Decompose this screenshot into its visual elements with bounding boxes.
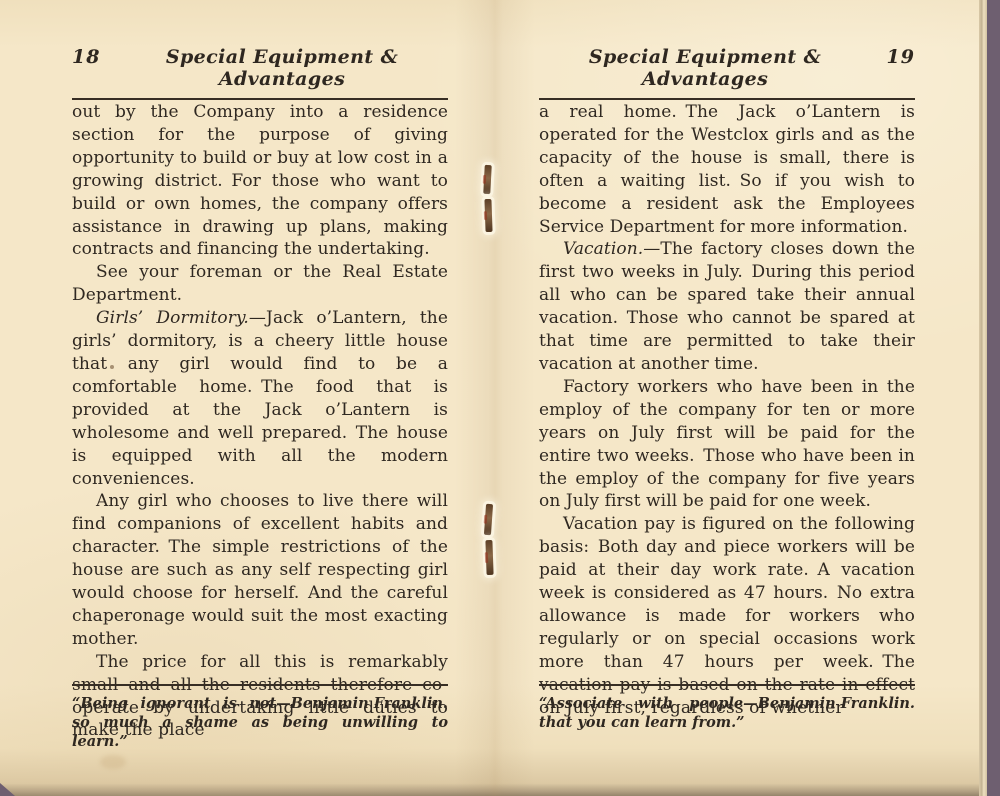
running-header-right: Special Equipment & Advantages 19 xyxy=(539,46,915,100)
staple-upper-bottom xyxy=(484,199,492,232)
mat-corner-sliver xyxy=(0,783,15,796)
paragraph-text: The factory closes down the first two we… xyxy=(539,239,915,374)
running-header-left: 18 Special Equipment & Advantages xyxy=(72,46,448,100)
paragraph-text: Factory workers who have been in the emp… xyxy=(539,377,915,512)
paragraph: a real home. The Jack o’Lantern is opera… xyxy=(539,101,915,238)
quote-text: “Associate with people that you can lear… xyxy=(539,695,745,731)
paragraph-lead: Girls’ Dormitory.— xyxy=(96,308,266,328)
paragraph-text: Any girl who chooses to live there will … xyxy=(72,491,448,648)
header-title: Special Equipment & Advantages xyxy=(116,46,448,90)
page-number: 18 xyxy=(72,46,116,68)
staple-lower-bottom xyxy=(485,540,493,575)
page-body: out by the Company into a residence sect… xyxy=(72,101,448,742)
quote-attribution: —Benjamin Franklin. xyxy=(276,694,448,713)
header-title: Special Equipment & Advantages xyxy=(539,46,871,90)
footer-quote-block: —Benjamin Franklin. “Being ignorant is n… xyxy=(72,684,448,751)
paragraph-text: out by the Company into a residence sect… xyxy=(72,102,448,259)
paragraph-text: Jack o’Lantern, the girls’ dormitory, is… xyxy=(72,308,448,488)
page-19: Special Equipment & Advantages 19 a real… xyxy=(539,0,915,796)
page-body: a real home. The Jack o’Lantern is opera… xyxy=(539,101,915,719)
quote-attribution: —Benjamin Franklin. xyxy=(743,694,915,713)
paragraph-lead: Vacation.— xyxy=(563,239,660,259)
paragraph: out by the Company into a residence sect… xyxy=(72,101,448,261)
book-page-spread: 18 Special Equipment & Advantages out by… xyxy=(0,0,979,796)
paragraph: Factory workers who have been in the emp… xyxy=(539,376,915,513)
paragraph: Vacation.—The factory closes down the fi… xyxy=(539,238,915,375)
page-18: 18 Special Equipment & Advantages out by… xyxy=(72,0,448,796)
paragraph: Any girl who chooses to live there will … xyxy=(72,490,448,650)
paragraph-text: See your foreman or the Real Estate Depa… xyxy=(72,262,448,305)
footer-quote-block: —Benjamin Franklin. “Associate with peop… xyxy=(539,684,915,732)
paragraph: See your foreman or the Real Estate Depa… xyxy=(72,261,448,307)
paragraph-text: a real home. The Jack o’Lantern is opera… xyxy=(539,102,915,237)
page-stack-edge xyxy=(979,0,987,796)
paragraph: Girls’ Dormitory.—Jack o’Lantern, the gi… xyxy=(72,307,448,490)
center-fold xyxy=(455,0,535,796)
page-number: 19 xyxy=(871,46,915,68)
